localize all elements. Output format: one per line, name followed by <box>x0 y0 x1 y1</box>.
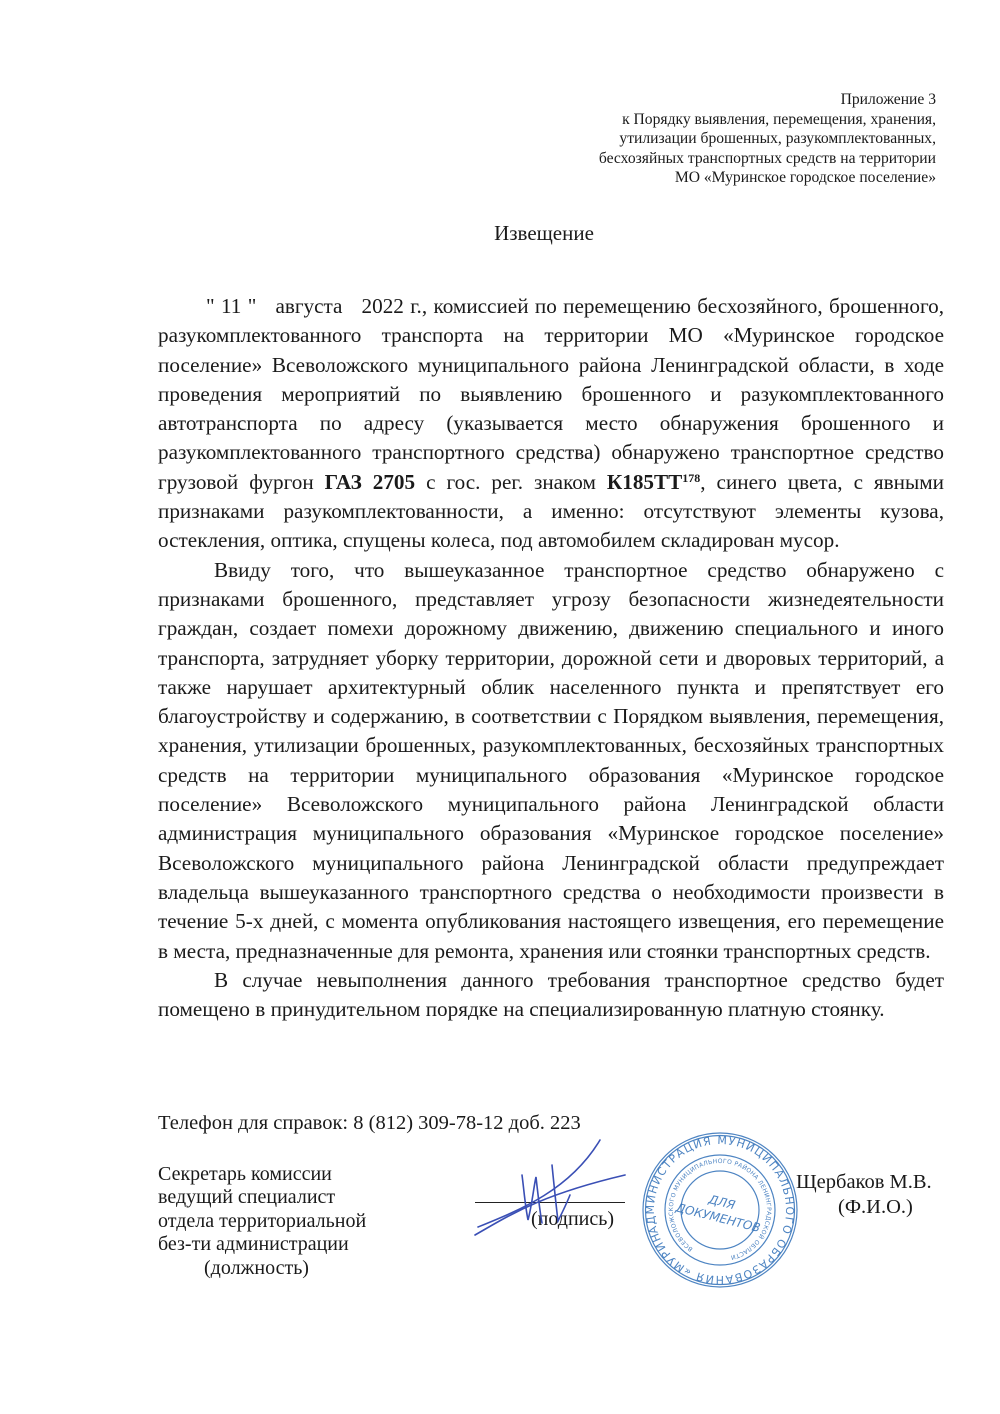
signer-position: Секретарь комиссии ведущий специалист от… <box>158 1163 366 1280</box>
appendix-header: Приложение 3 к Порядку выявления, переме… <box>599 90 936 188</box>
stamp-outer-text: АДМИНИСТРАЦИЯ МУНИЦИПАЛЬНОГО ОБРАЗОВАНИЯ… <box>640 1130 800 1290</box>
date-day: " 11 " <box>206 294 256 318</box>
paragraph-2: Ввиду того, что вышеуказанное транспортн… <box>158 556 944 966</box>
position-line: без-ти администрации <box>158 1233 366 1256</box>
appendix-line: к Порядку выявления, перемещения, хранен… <box>599 110 936 130</box>
date-year: 2022 г., <box>362 294 428 318</box>
signer-name-block: Щербаков М.В. (Ф.И.О.) <box>796 1170 932 1220</box>
signer-name-label: (Ф.И.О.) <box>796 1195 932 1220</box>
paragraph-1: " 11 " августа 2022 г., комиссией по пер… <box>158 292 944 556</box>
vehicle-model: ГАЗ 2705 <box>325 470 415 494</box>
appendix-number: Приложение 3 <box>599 90 936 110</box>
svg-text:АДМИНИСТРАЦИЯ МУНИЦИПАЛЬНОГО О: АДМИНИСТРАЦИЯ МУНИЦИПАЛЬНОГО ОБРАЗОВАНИЯ… <box>640 1130 800 1290</box>
plate-region: 178 <box>682 471 700 485</box>
signer-name: Щербаков М.В. <box>796 1170 932 1195</box>
handwritten-signature <box>470 1135 640 1245</box>
date-month: августа <box>275 294 342 318</box>
license-plate: К185ТТ178 <box>607 470 700 494</box>
appendix-line: бесхозяйных транспортных средств на терр… <box>599 149 936 169</box>
paragraph-3: В случае невыполнения данного требования… <box>158 966 944 1025</box>
paragraph-1-text-b: с гос. рег. знаком <box>426 470 596 494</box>
position-line: Секретарь комиссии <box>158 1163 366 1186</box>
official-stamp: АДМИНИСТРАЦИЯ МУНИЦИПАЛЬНОГО ОБРАЗОВАНИЯ… <box>640 1130 800 1290</box>
appendix-line: утилизации брошенных, разукомплектованны… <box>599 129 936 149</box>
appendix-line: МО «Муринское городское поселение» <box>599 168 936 188</box>
reference-phone: Телефон для справок: 8 (812) 309-78-12 д… <box>158 1112 581 1135</box>
position-line: отдела территориальной <box>158 1210 366 1233</box>
notice-body: " 11 " августа 2022 г., комиссией по пер… <box>158 292 944 1024</box>
position-label: (должность) <box>158 1257 366 1280</box>
position-line: ведущий специалист <box>158 1186 366 1209</box>
paragraph-1-text-a: комиссией по перемещению бесхозяйного, б… <box>158 294 944 494</box>
document-title: Извещение <box>0 221 1000 246</box>
